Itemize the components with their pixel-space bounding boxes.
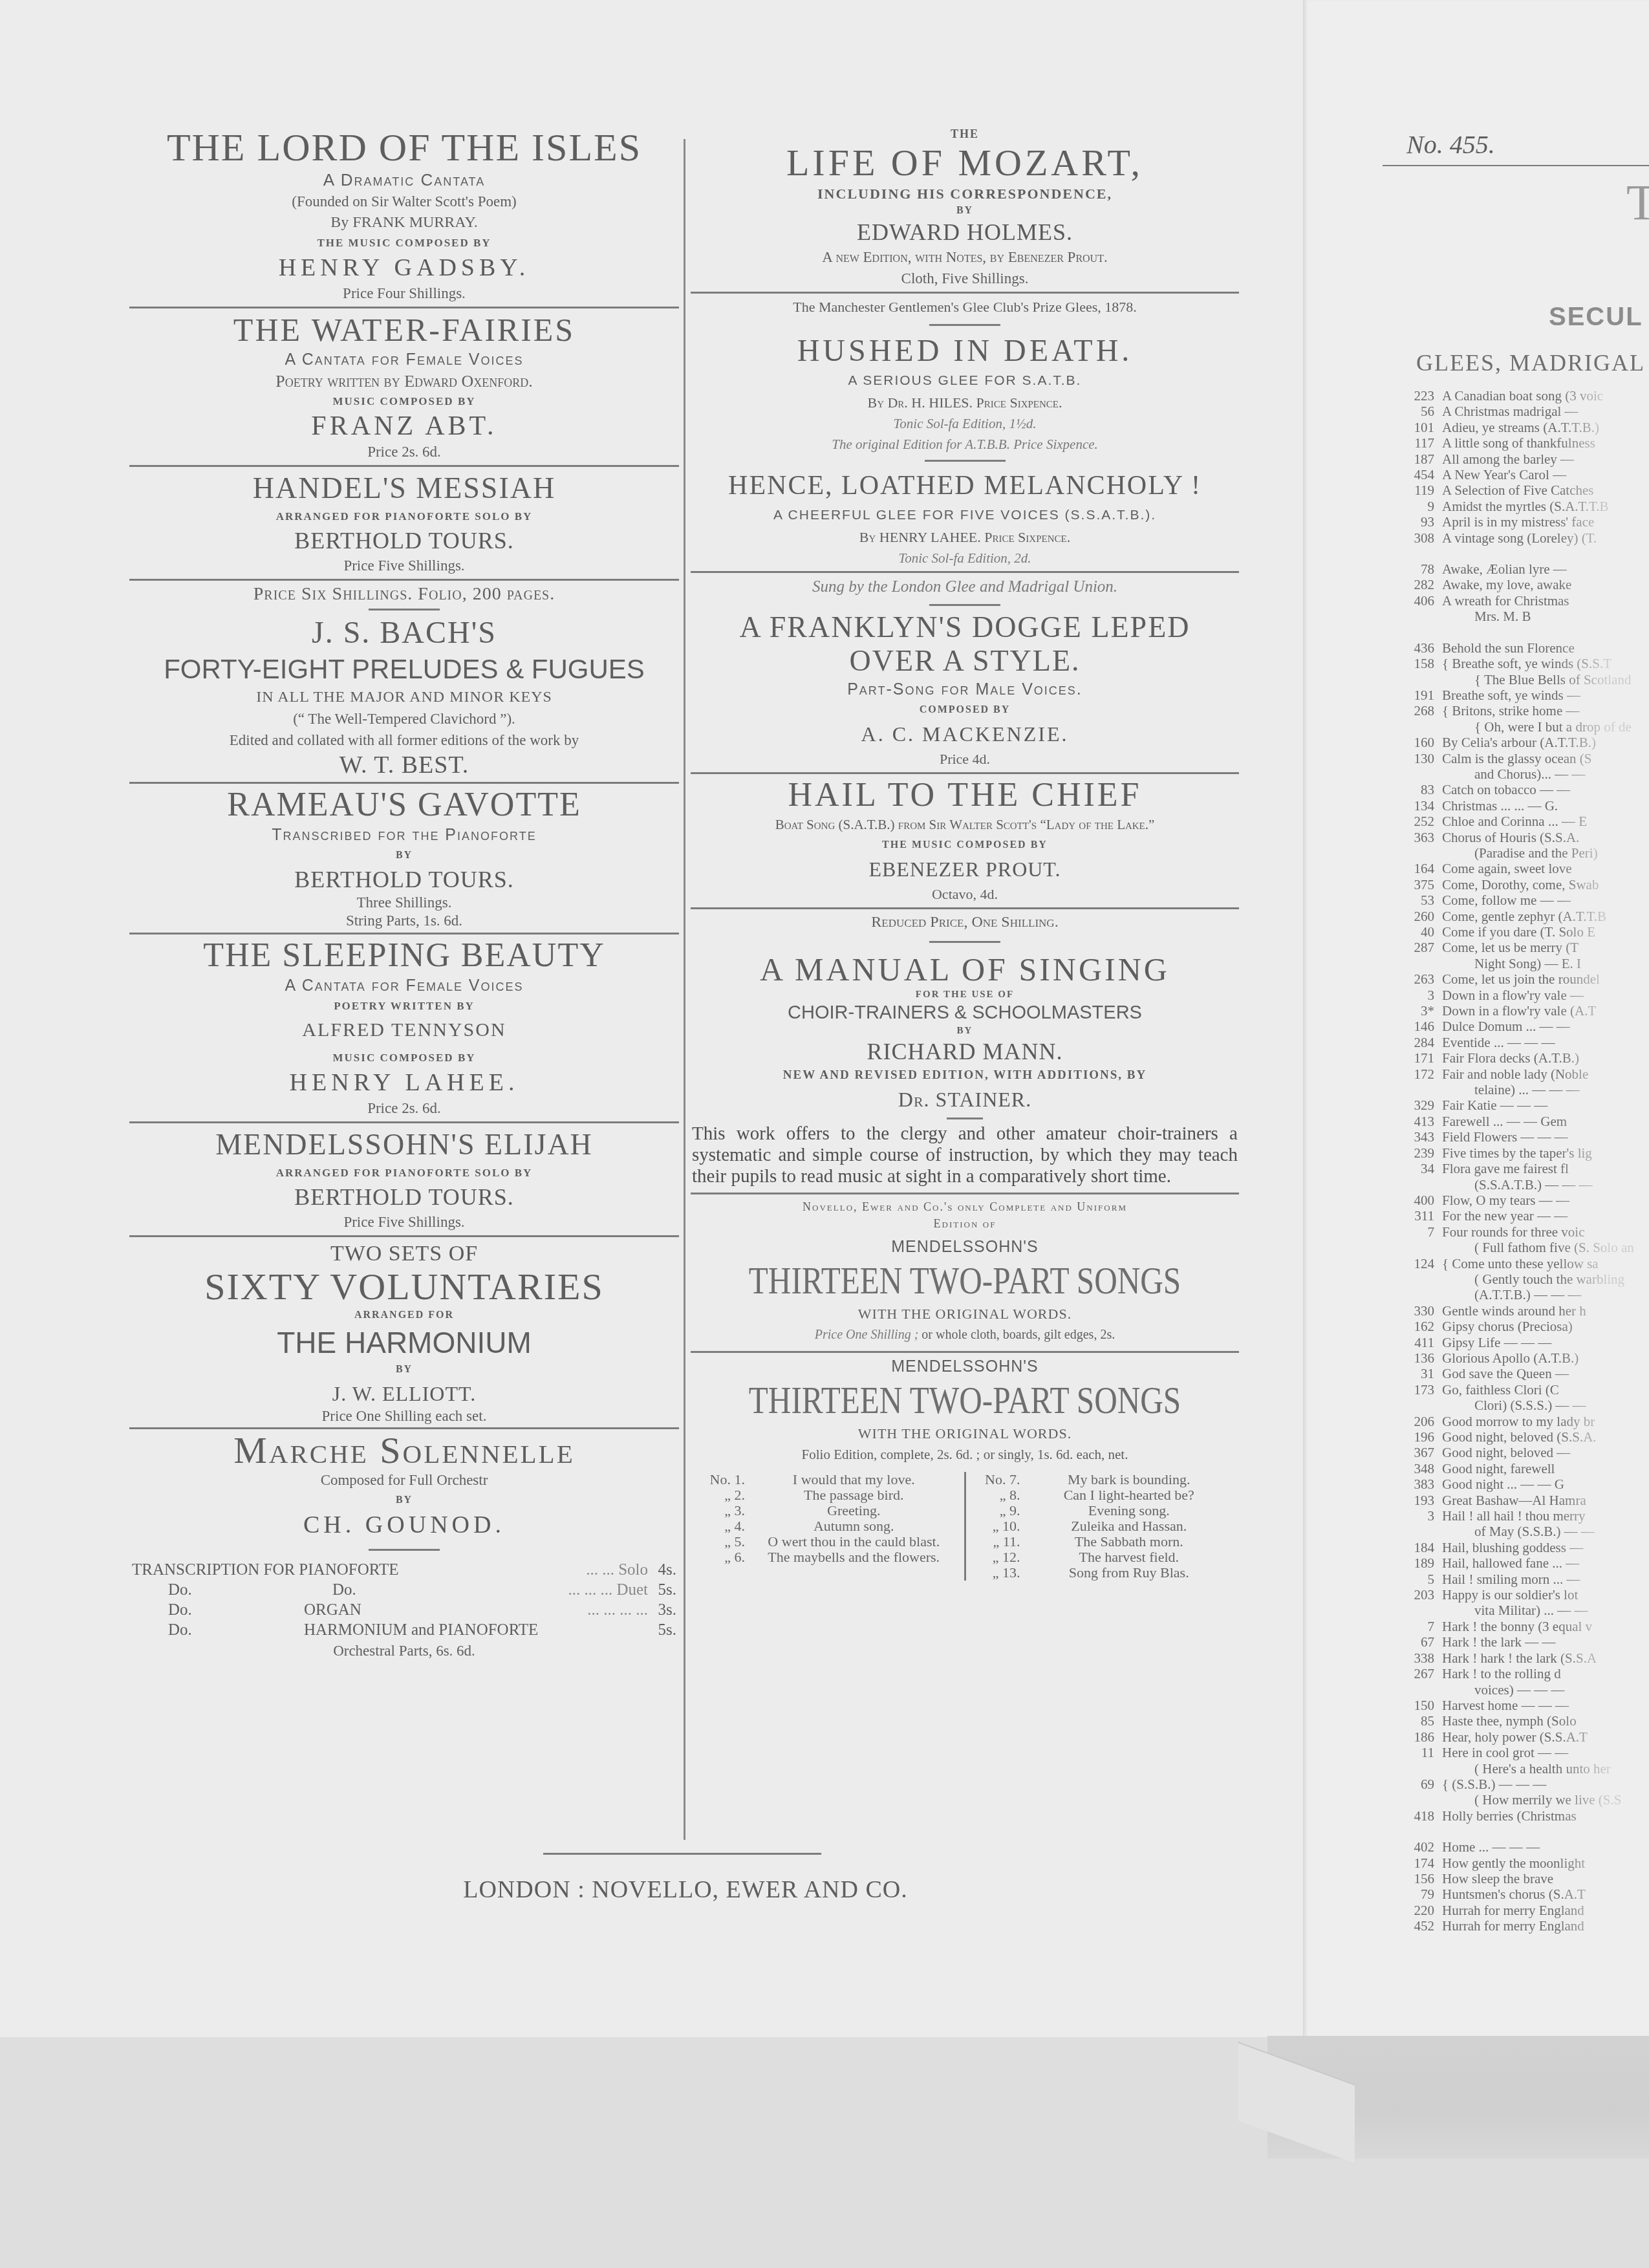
entry-title: Great Bashaw—Al Hamra — [1442, 1493, 1649, 1508]
price-item: Do. — [268, 1580, 471, 1600]
price-list: TRANSCRIPTION FOR PIANOFORTE ... ... Sol… — [129, 1560, 679, 1640]
song-number: No. 1. — [696, 1472, 749, 1487]
orchestral-parts: Orchestral Parts, 6s. 6d. — [129, 1640, 679, 1661]
column-right: THE LIFE OF MOZART, INCLUDING HIS CORRES… — [691, 126, 1239, 1581]
entry-title: Come, Dorothy, come, Swab — [1442, 877, 1649, 892]
list-item: „ 11.The Sabbath morn. — [971, 1534, 1234, 1550]
composer: HENRY LAHEE. — [129, 1068, 679, 1097]
short-divider — [369, 1549, 440, 1551]
entry-number: 162 — [1390, 1319, 1442, 1334]
list-item: „ 9.Evening song. — [971, 1503, 1234, 1518]
entry-number: 187 — [1390, 451, 1442, 467]
ad-two-part-songs-octavo: Novello, Ewer and Co.'s only Complete an… — [691, 1197, 1239, 1346]
header: Price Six Shillings. Folio, 200 pages. — [129, 583, 679, 605]
entry-number: 172 — [1390, 1066, 1442, 1082]
pre-title: TWO SETS OF — [129, 1240, 679, 1268]
entry-number — [1390, 1082, 1442, 1097]
index-entry: 150Harvest home — — — — [1390, 1698, 1649, 1713]
price: Price 2s. 6d. — [129, 1097, 679, 1119]
entry-number — [1390, 1761, 1442, 1777]
entry-title: { Oh, were I but a drop of de — [1442, 719, 1649, 735]
price-rest: or whole cloth, boards, gilt edges, 2s. — [918, 1328, 1115, 1342]
index-entry: 252Chloe and Corinna ... — E — [1390, 814, 1649, 829]
author: RICHARD MANN. — [691, 1037, 1239, 1066]
song-title: My bark is bounding. — [1024, 1472, 1234, 1487]
index-entry: 7Four rounds for three voic — [1390, 1224, 1649, 1240]
price: Price Five Shillings. — [129, 555, 679, 576]
divider — [129, 307, 679, 308]
revised-label: NEW AND REVISED EDITION, WITH ADDITIONS,… — [691, 1066, 1239, 1085]
title: MENDELSSOHN'S ELIJAH — [129, 1126, 679, 1163]
list-item: „ 6.The maybells and the flowers. — [696, 1550, 959, 1565]
entry-number: 268 — [1390, 703, 1442, 718]
entry-title: Night Song) — E. I — [1442, 956, 1649, 971]
price: Price 2s. 6d. — [129, 441, 679, 462]
index-entry: 184Hail, blushing goddess — — [1390, 1540, 1649, 1555]
ad-marche-solennelle: Marche Solennelle Composed for Full Orch… — [129, 1432, 679, 1661]
price-value: 5s. — [651, 1620, 679, 1640]
index-entry: 67Hark ! the lark — — — [1390, 1634, 1649, 1650]
index-entry: 3*Down in a flow'ry vale (A.T — [1390, 1003, 1649, 1019]
song-number: „ 4. — [696, 1518, 749, 1534]
entry-number — [1390, 1524, 1442, 1539]
entry-title: God save the Queen — — [1442, 1366, 1649, 1381]
index-entry: 85Haste thee, nymph (Solo — [1390, 1713, 1649, 1729]
header: Sung by the London Glee and Madrigal Uni… — [691, 576, 1239, 599]
ad-rameau-gavotte: RAMEAU'S GAVOTTE Transcribed for the Pia… — [129, 786, 679, 930]
entry-title: A Selection of Five Catches — [1442, 482, 1649, 498]
entry-title: Chloe and Corinna ... — E — [1442, 814, 1649, 829]
index-entry: 282Awake, my love, awake — [1390, 577, 1649, 592]
divider — [691, 772, 1239, 774]
index-entry: 164Come again, sweet love — [1390, 861, 1649, 876]
arranged-label: ARRANGED FOR PIANOFORTE SOLO BY — [129, 507, 679, 526]
song-title: The harvest field. — [1024, 1550, 1234, 1565]
song-title: Can I light-hearted be? — [1024, 1487, 1234, 1503]
index-entry: 338Hark ! hark ! the lark (S.S.A — [1390, 1650, 1649, 1666]
ad-water-fairies: THE WATER-FAIRIES A Cantata for Female V… — [129, 311, 679, 462]
entry-title: Adieu, ye streams (A.T.T.B.) — [1442, 420, 1649, 435]
list-item: „ 3.Greeting. — [696, 1503, 959, 1518]
author: By HENRY LAHEE. Price Sixpence. — [691, 526, 1239, 548]
ad-handels-messiah: HANDEL'S MESSIAH ARRANGED FOR PIANOFORTE… — [129, 470, 679, 576]
entry-title: Mrs. M. B — [1442, 609, 1649, 624]
index-entry: 284Eventide ... — — — — [1390, 1035, 1649, 1050]
entry-number: 9 — [1390, 499, 1442, 514]
poetry: Poetry written by Edward Oxenford. — [129, 371, 679, 392]
composed-label: MUSIC COMPOSED BY — [129, 392, 679, 411]
index-entry: 454A New Year's Carol — — [1390, 467, 1649, 482]
entry-title: Hear, holy power (S.S.A.T — [1442, 1729, 1649, 1745]
entry-number — [1390, 1287, 1442, 1302]
entry-number: 34 — [1390, 1161, 1442, 1176]
entry-title: How gently the moonlight — [1442, 1855, 1649, 1871]
short-divider — [929, 604, 1000, 606]
entry-title: Hurrah for merry England — [1442, 1903, 1649, 1918]
entry-title: Come, let us join the roundel — [1442, 971, 1649, 987]
divider — [691, 1193, 1239, 1194]
price: Price Four Shillings. — [129, 283, 679, 304]
entry-title: Flow, O my tears — — — [1442, 1193, 1649, 1208]
list-item: „ 4.Autumn song. — [696, 1518, 959, 1534]
entry-number — [1390, 672, 1442, 687]
entry-number: 206 — [1390, 1414, 1442, 1429]
ad-sleeping-beauty: THE SLEEPING BEAUTY A Cantata for Female… — [129, 937, 679, 1119]
entry-number: 78 — [1390, 561, 1442, 577]
tonic-edition: Tonic Sol-fa Edition, 2d. — [691, 548, 1239, 568]
entry-title: of May (S.S.B.) — — — [1442, 1524, 1649, 1539]
parts-price: String Parts, 1s. 6d. — [129, 912, 679, 930]
entry-title: Happy is our soldier's lot — [1442, 1587, 1649, 1603]
price-label: Do. — [129, 1600, 268, 1620]
entry-title: Amidst the myrtles (S.A.T.T.B — [1442, 499, 1649, 514]
footer-divider — [543, 1853, 821, 1855]
entry-number: 454 — [1390, 467, 1442, 482]
entry-number: 67 — [1390, 1634, 1442, 1650]
entry-title: How sleep the brave — [1442, 1871, 1649, 1886]
entry-title: Catch on tobacco — — — [1442, 782, 1649, 797]
entry-title: Come if you dare (T. Solo E — [1442, 924, 1649, 940]
index-entry: 330Gentle winds around her h — [1390, 1303, 1649, 1319]
index-entry: 40Come if you dare (T. Solo E — [1390, 924, 1649, 940]
song-title: Autumn song. — [749, 1518, 959, 1534]
divider — [129, 579, 679, 581]
section-heading: SECUL — [1549, 303, 1643, 332]
title: HANDEL'S MESSIAH — [129, 470, 679, 507]
audience: CHOIR-TRAINERS & SCHOOLMASTERS — [691, 1001, 1239, 1024]
by-label: BY — [129, 1491, 679, 1510]
entry-number: 418 — [1390, 1808, 1442, 1824]
index-entry: 187All among the barley — — [1390, 451, 1649, 467]
publisher-imprint: LONDON : NOVELLO, EWER AND CO. — [362, 1875, 1009, 1904]
entry-number: 158 — [1390, 656, 1442, 671]
entry-title: Glorious Apollo (A.T.B.) — [1442, 1350, 1649, 1366]
composed-label: THE MUSIC COMPOSED BY — [129, 233, 679, 253]
index-entry: 189Hail, hallowed fane ... — — [1390, 1555, 1649, 1571]
divider — [691, 1351, 1239, 1353]
entry-title: Come, let us be merry (T — [1442, 940, 1649, 955]
entry-title: Four rounds for three voic — [1442, 1224, 1649, 1240]
entry-title: Hail ! all hail ! thou merry — [1442, 1508, 1649, 1524]
index-entry: 9Amidst the myrtles (S.A.T.T.B — [1390, 499, 1649, 514]
price-dots: ... ... ... ... — [471, 1600, 651, 1620]
ad-bach-preludes: Price Six Shillings. Folio, 200 pages. J… — [129, 583, 679, 779]
title: Marche Solennelle — [129, 1432, 679, 1469]
price-value: 5s. — [651, 1580, 679, 1600]
index-entry: 413Farewell ... — — Gem — [1390, 1114, 1649, 1129]
short-divider — [925, 460, 1006, 462]
entry-title: Gipsy Life — — — — [1442, 1335, 1649, 1350]
arranged-label: ARRANGED FOR PIANOFORTE SOLO BY — [129, 1163, 679, 1183]
entry-title: Gipsy chorus (Preciosa) — [1442, 1319, 1649, 1334]
ad-hence-loathed-melancholy: HENCE, LOATHED MELANCHOLY ! A CHEERFUL G… — [691, 467, 1239, 568]
edited: Edited and collated with all former edit… — [129, 729, 679, 751]
index-entry: 79Huntsmen's chorus (S.A.T — [1390, 1886, 1649, 1902]
reviser: Dr. STAINER. — [691, 1085, 1239, 1114]
song-column-left: No. 1.I would that my love. „ 2.The pass… — [691, 1472, 964, 1581]
entry-number: 363 — [1390, 830, 1442, 845]
index-entry: 7Hark ! the bonny (3 equal v — [1390, 1619, 1649, 1634]
index-entry: 191Breathe soft, ye winds — — [1390, 687, 1649, 703]
entry-title: Clori) (S.S.S.) — — — [1442, 1398, 1649, 1413]
index-entry: 263Come, let us join the roundel — [1390, 971, 1649, 987]
index-entry: Mrs. M. B — [1390, 609, 1649, 624]
index-entry: 363Chorus of Houris (S.S.A. — [1390, 830, 1649, 845]
title: HAIL TO THE CHIEF — [691, 777, 1239, 814]
entry-title: Down in a flow'ry vale (A.T — [1442, 1003, 1649, 1019]
entry-number: 101 — [1390, 420, 1442, 435]
ad-lord-of-the-isles: THE LORD OF THE ISLES A Dramatic Cantata… — [129, 126, 679, 304]
author: By Dr. H. HILES. Price Sixpence. — [691, 392, 1239, 413]
list-item: „ 5.O wert thou in the cauld blast. — [696, 1534, 959, 1550]
divider — [129, 1235, 679, 1237]
price-dots: ... ... ... Duet — [471, 1580, 651, 1600]
index-entry: 119A Selection of Five Catches — [1390, 482, 1649, 498]
price: Octavo, 4d. — [691, 883, 1239, 905]
entry-title: Hail ! smiling morn ... — — [1442, 1571, 1649, 1587]
index-entry: 383Good night ... — — G — [1390, 1476, 1649, 1492]
entry-title: A vintage song (Loreley) (T. — [1442, 530, 1649, 546]
index-entry: 3Down in a flow'ry vale — — [1390, 988, 1649, 1003]
subsection-heading: GLEES, MADRIGAL — [1416, 349, 1645, 376]
index-entry: telaine) ... — — — — [1390, 1082, 1649, 1097]
entry-title: Breathe soft, ye winds — — [1442, 687, 1649, 703]
index-entry: 418Holly berries (Christmas — [1390, 1808, 1649, 1824]
entry-title: Hark ! hark ! the lark (S.S.A — [1442, 1650, 1649, 1666]
index-entry: (Paradise and the Peri) — [1390, 845, 1649, 861]
list-item: „ 10.Zuleika and Hassan. — [971, 1518, 1234, 1534]
entry-number — [1390, 609, 1442, 624]
author: By FRANK MURRAY. — [129, 212, 679, 233]
index-entry: 101Adieu, ye streams (A.T.T.B.) — [1390, 420, 1649, 435]
index-entry: 117A little song of thankfulness — [1390, 435, 1649, 451]
entry-number: 400 — [1390, 1193, 1442, 1208]
entry-title: (A.T.T.B.) — — — — [1442, 1287, 1649, 1302]
divider — [129, 465, 679, 467]
the-label: THE — [691, 126, 1239, 142]
composed-label: COMPOSED BY — [691, 700, 1239, 720]
song-number: „ 9. — [971, 1503, 1024, 1518]
entry-title: Hark ! to the rolling d — [1442, 1666, 1649, 1681]
price-label: Do. — [129, 1580, 268, 1600]
subtitle: Composed for Full Orchestr — [129, 1469, 679, 1491]
subtitle: Boat Song (S.A.T.B.) from Sir Walter Sco… — [691, 814, 1239, 836]
entry-number: 375 — [1390, 877, 1442, 892]
subtitle: Transcribed for the Pianoforte — [129, 824, 679, 846]
entry-title: Good night ... — — G — [1442, 1476, 1649, 1492]
entry-title: Go, faithless Clori (C — [1442, 1382, 1649, 1398]
entry-number — [1390, 1240, 1442, 1255]
entry-title: Hark ! the bonny (3 equal v — [1442, 1619, 1649, 1634]
entry-title: Down in a flow'ry vale — — [1442, 988, 1649, 1003]
song-title: Evening song. — [1024, 1503, 1234, 1518]
entry-number: 31 — [1390, 1366, 1442, 1381]
instrument: THE HARMONIUM — [129, 1325, 679, 1360]
index-entry: 136Glorious Apollo (A.T.B.) — [1390, 1350, 1649, 1366]
title: THE WATER-FAIRIES — [129, 311, 679, 349]
description: This work offers to the clergy and other… — [691, 1123, 1239, 1187]
title-line2: FORTY-EIGHT PRELUDES & FUGUES — [129, 652, 679, 687]
title: THE LORD OF THE ISLES — [129, 126, 679, 169]
short-divider — [929, 941, 1000, 943]
index-entry: 173Go, faithless Clori (C — [1390, 1382, 1649, 1398]
title: HENCE, LOATHED MELANCHOLY ! — [691, 467, 1239, 504]
entry-number — [1390, 1271, 1442, 1287]
entry-number: 186 — [1390, 1729, 1442, 1745]
song-list: No. 1.I would that my love. „ 2.The pass… — [691, 1472, 1239, 1581]
list-item: „ 12.The harvest field. — [971, 1550, 1234, 1565]
entry-number — [1390, 956, 1442, 971]
entry-number: 184 — [1390, 1540, 1442, 1555]
entry-number — [1390, 766, 1442, 782]
subtitle: A CHEERFUL GLEE FOR FIVE VOICES (S.S.A.T… — [691, 504, 1239, 526]
arranger: BERTHOLD TOURS. — [129, 526, 679, 555]
index-entry: 56A Christmas madrigal — — [1390, 404, 1649, 419]
composer: J. W. ELLIOTT. — [129, 1379, 679, 1408]
price-label: Do. — [129, 1620, 268, 1640]
entry-title: Good morrow to my lady br — [1442, 1414, 1649, 1429]
index-entry: 156How sleep the brave — [1390, 1871, 1649, 1886]
title: THIRTEEN TWO-PART SONGS — [740, 1377, 1189, 1423]
index-entry: 375Come, Dorothy, come, Swab — [1390, 877, 1649, 892]
ad-sixty-voluntaries: TWO SETS OF SIXTY VOLUNTARIES ARRANGED F… — [129, 1240, 679, 1425]
divider — [691, 571, 1239, 573]
list-item: „ 2.The passage bird. — [696, 1487, 959, 1503]
ad-franklyns-dogge: Sung by the London Glee and Madrigal Uni… — [691, 576, 1239, 770]
entry-number: 171 — [1390, 1050, 1442, 1066]
entry-title: ( How merrily we live (S.S — [1442, 1792, 1649, 1808]
entry-number: 452 — [1390, 1918, 1442, 1934]
composer: MENDELSSOHN'S — [691, 1236, 1239, 1258]
index-entry: 400Flow, O my tears — — — [1390, 1193, 1649, 1208]
entry-title: A little song of thankfulness — [1442, 435, 1649, 451]
index-entry: 193Great Bashaw—Al Hamra — [1390, 1493, 1649, 1508]
poet: ALFRED TENNYSON — [129, 1016, 679, 1044]
entry-number: 85 — [1390, 1713, 1442, 1729]
index-entry: 402Home ... — — — — [1390, 1839, 1649, 1855]
index-entry: 308A vintage song (Loreley) (T. — [1390, 530, 1649, 546]
price-row: TRANSCRIPTION FOR PIANOFORTE ... ... Sol… — [129, 1560, 679, 1580]
title: HUSHED IN DEATH. — [691, 332, 1239, 370]
entry-title: Chorus of Houris (S.S.A. — [1442, 830, 1649, 845]
price: Price 4d. — [691, 748, 1239, 770]
index-entry: 287Come, let us be merry (T — [1390, 940, 1649, 955]
short-divider — [369, 609, 440, 610]
entry-number: 220 — [1390, 1903, 1442, 1918]
arranged-label: ARRANGED FOR — [129, 1306, 679, 1325]
index-entry: ( Here's a health unto her — [1390, 1761, 1649, 1777]
entry-number: 56 — [1390, 404, 1442, 419]
subtitle: INCLUDING HIS CORRESPONDENCE, — [691, 184, 1239, 204]
entry-title: (Paradise and the Peri) — [1442, 845, 1649, 861]
song-number: „ 3. — [696, 1503, 749, 1518]
entry-number: 284 — [1390, 1035, 1442, 1050]
song-number: „ 11. — [971, 1534, 1024, 1550]
arranger: BERTHOLD TOURS. — [129, 865, 679, 894]
ad-two-part-songs-folio: MENDELSSOHN'S THIRTEEN TWO-PART SONGS WI… — [691, 1355, 1239, 1581]
entry-number: 134 — [1390, 798, 1442, 814]
title: RAMEAU'S GAVOTTE — [129, 786, 679, 824]
entry-title: ( Gently touch the warbling — [1442, 1271, 1649, 1287]
entry-number: 69 — [1390, 1777, 1442, 1792]
ad-manchester-prize-glees: The Manchester Gentlemen's Glee Club's P… — [691, 296, 1239, 326]
list-item: „ 13.Song from Ruy Blas. — [971, 1565, 1234, 1581]
index-entry: (A.T.T.B.) — — — — [1390, 1287, 1649, 1302]
composer: MENDELSSOHN'S — [691, 1355, 1239, 1377]
header-rule — [1383, 165, 1649, 166]
composer: HENRY GADSBY. — [129, 253, 679, 283]
for-use-label: FOR THE USE OF — [691, 988, 1239, 1001]
entry-number: 402 — [1390, 1839, 1442, 1855]
entry-title: Hail, blushing goddess — — [1442, 1540, 1649, 1555]
editor: W. T. BEST. — [129, 751, 679, 779]
entry-title: voices) — — — — [1442, 1682, 1649, 1698]
subtitle: A Cantata for Female Voices — [129, 975, 679, 997]
index-entry: 267Hark ! to the rolling d — [1390, 1666, 1649, 1681]
price: Three Shillings. — [129, 894, 679, 912]
index-entry: and Chorus)... — — — [1390, 766, 1649, 782]
heading-fragment: T — [1626, 173, 1649, 232]
entry-title: Holly berries (Christmas — [1442, 1808, 1649, 1824]
index-entry: 452Hurrah for merry England — [1390, 1918, 1649, 1934]
entry-number: 411 — [1390, 1335, 1442, 1350]
original-edition: The original Edition for A.T.B.B. Price … — [691, 434, 1239, 455]
entry-number: 252 — [1390, 814, 1442, 829]
song-title: Zuleika and Hassan. — [1024, 1518, 1234, 1534]
entry-title: { Breathe soft, ye winds (S.S.T — [1442, 656, 1649, 671]
index-entry: 411Gipsy Life — — — — [1390, 1335, 1649, 1350]
song-column-right: No. 7.My bark is bounding. „ 8.Can I lig… — [964, 1472, 1240, 1581]
entry-title: Come again, sweet love — [1442, 861, 1649, 876]
index-entry: 203Happy is our soldier's lot — [1390, 1587, 1649, 1603]
index-entry: 160By Celia's arbour (A.T.T.B.) — [1390, 735, 1649, 750]
index-entry: 260Come, gentle zephyr (A.T.T.B — [1390, 909, 1649, 924]
composer: FRANZ ABT. — [129, 411, 679, 441]
entry-number: 223 — [1390, 388, 1442, 404]
entry-title: Eventide ... — — — — [1442, 1035, 1649, 1050]
divider — [129, 1121, 679, 1123]
entry-title: Good night, beloved (S.S.A. — [1442, 1429, 1649, 1445]
index-entry: voices) — — — — [1390, 1682, 1649, 1698]
index-entry: 196Good night, beloved (S.S.A. — [1390, 1429, 1649, 1445]
index-entry: Clori) (S.S.S.) — — — [1390, 1398, 1649, 1413]
entry-number: 260 — [1390, 909, 1442, 924]
title: A MANUAL OF SINGING — [691, 951, 1239, 988]
divider — [129, 782, 679, 784]
song-number: „ 10. — [971, 1518, 1024, 1534]
entry-number: 124 — [1390, 1256, 1442, 1271]
composer: CH. GOUNOD. — [129, 1510, 679, 1540]
index-entry: 329Fair Katie — — — — [1390, 1097, 1649, 1113]
title: SIXTY VOLUNTARIES — [129, 1268, 679, 1306]
entry-number: 413 — [1390, 1114, 1442, 1129]
index-entry: (S.S.A.T.B.) — — — — [1390, 1177, 1649, 1193]
entry-title: ( Here's a health unto her — [1442, 1761, 1649, 1777]
entry-title: Gentle winds around her h — [1442, 1303, 1649, 1319]
index-entry: 78Awake, Æolian lyre — — [1390, 561, 1649, 577]
song-number: „ 13. — [971, 1565, 1024, 1581]
entry-title: Behold the sun Florence — [1442, 640, 1649, 656]
index-entry: 223A Canadian boat song (3 voic — [1390, 388, 1649, 404]
entry-number — [1390, 1398, 1442, 1413]
entry-title: Awake, my love, awake — [1442, 577, 1649, 592]
entry-title: { (S.S.B.) — — — — [1442, 1777, 1649, 1792]
price-row: Do. Do. ... ... ... Duet 5s. — [129, 1580, 679, 1600]
entry-title: Fair Katie — — — — [1442, 1097, 1649, 1113]
by-label: BY — [129, 846, 679, 865]
song-title: The maybells and the flowers. — [749, 1550, 959, 1565]
glee-index-list: 223A Canadian boat song (3 voic56A Chris… — [1390, 388, 1649, 1934]
